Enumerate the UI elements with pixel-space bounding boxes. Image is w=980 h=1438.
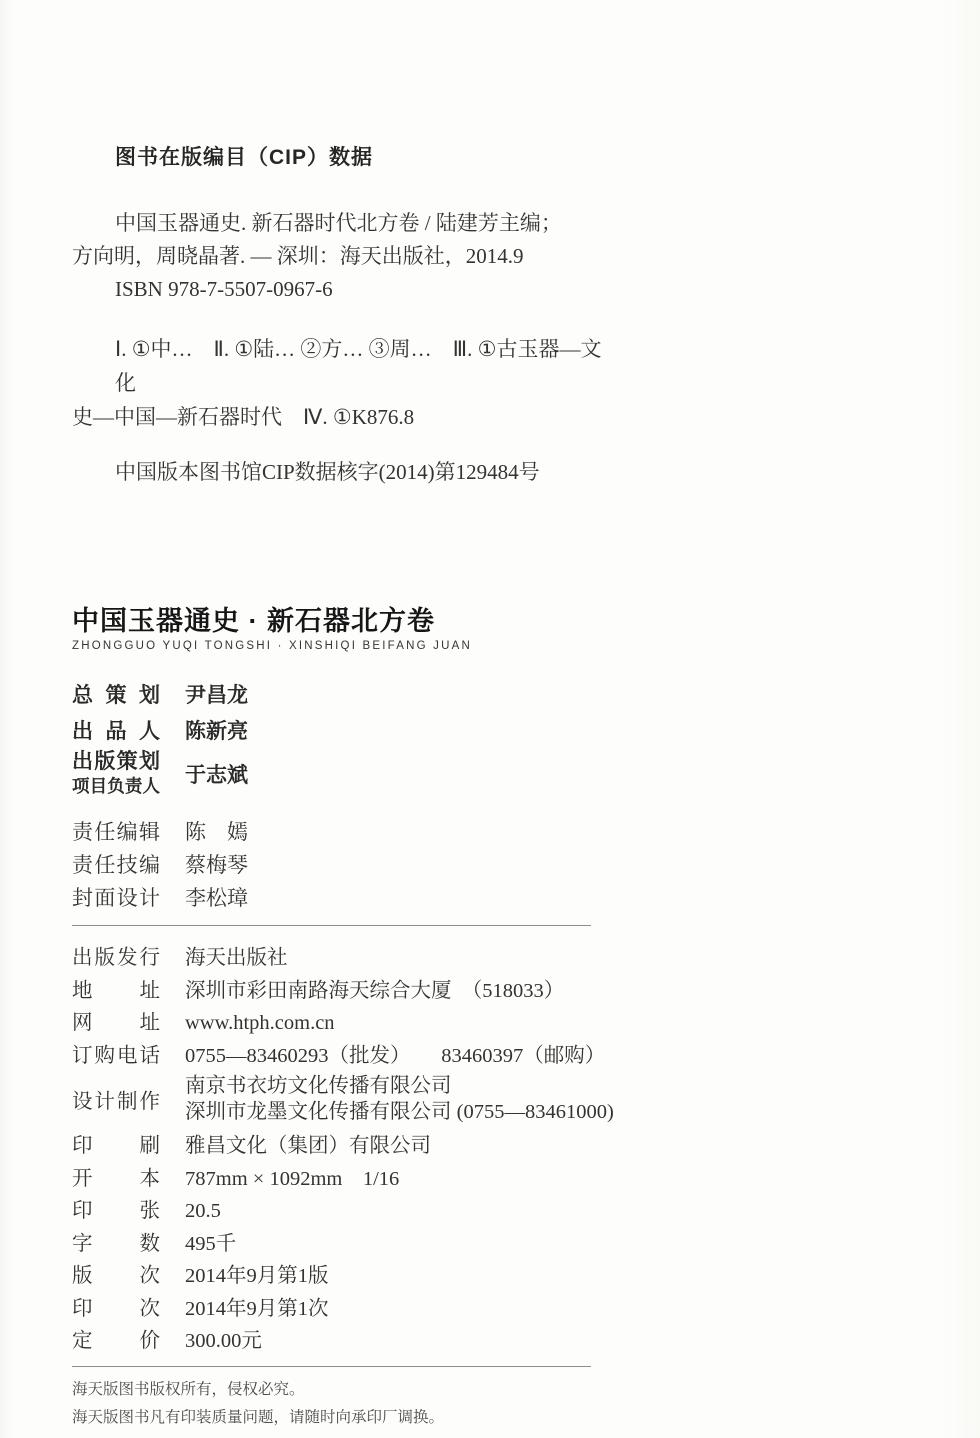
publication-details: 出版发行 海天出版社 地址 深圳市彩田南路海天综合大厦 （518033） 网址 … <box>72 940 612 1356</box>
book-title: 中国玉器通史 · 新石器北方卷 <box>72 606 612 636</box>
cip-bib-line2: 方向明，周晓晶著. — 深圳：海天出版社，2014.9 <box>72 240 612 273</box>
book-title-romanized: ZHONGGUO YUQI TONGSHI · XINSHIQI BEIFANG… <box>72 640 612 652</box>
credit-row: 出品人 陈新亮 <box>72 712 612 748</box>
publication-field-value: www.htph.com.cn <box>185 1012 335 1035</box>
publication-field-value: 海天出版社 <box>185 940 288 970</box>
page-content: 图书在版编目（CIP）数据 中国玉器通史. 新石器时代北方卷 / 陆建芳主编； … <box>72 0 612 1433</box>
publication-field-value: 2014年9月第1次 <box>185 1291 329 1321</box>
publication-field-label: 订购电话 <box>72 1038 160 1068</box>
publication-field-label: 地址 <box>72 973 160 1003</box>
credit-role-label: 总策划 <box>72 679 160 709</box>
publication-field-label: 出版发行 <box>72 940 160 970</box>
footer-notices: 海天版图书版权所有，侵权必究。 海天版图书凡有印装质量问题，请随时向承印厂调换。 <box>72 1376 612 1433</box>
print-quality-notice: 海天版图书凡有印装质量问题，请随时向承印厂调换。 <box>72 1404 612 1433</box>
credit-role-label: 责任编辑 <box>72 816 160 846</box>
publication-field-label: 开本 <box>72 1161 160 1191</box>
cip-class-line2: 史—中国—新石器时代 Ⅳ. ①K876.8 <box>72 400 612 434</box>
cip-bib-line1: 中国玉器通史. 新石器时代北方卷 / 陆建芳主编； <box>72 207 612 240</box>
cip-heading: 图书在版编目（CIP）数据 <box>72 141 612 171</box>
publication-field-value: 300.00元 <box>185 1323 262 1353</box>
publication-field-value: 787mm × 1092mm 1/16 <box>185 1161 399 1191</box>
publication-field-label: 印张 <box>72 1193 160 1223</box>
publication-field-label: 网址 <box>72 1005 160 1035</box>
credit-row: 出版策划 项目负责人 于志斌 <box>72 748 612 800</box>
credit-person-name: 蔡梅琴 <box>185 849 248 879</box>
publication-value-line1: 南京书衣坊文化传播有限公司 <box>185 1073 614 1099</box>
publication-row: 网址 www.htph.com.cn <box>72 1005 612 1038</box>
cip-record-number: 中国版本图书馆CIP数据核字(2014)第129484号 <box>72 456 612 486</box>
publication-field-label: 字数 <box>72 1226 160 1256</box>
cip-isbn: ISBN 978-7-5507-0967-6 <box>72 273 612 306</box>
publication-row: 定价 300.00元 <box>72 1323 612 1356</box>
publication-row: 版次 2014年9月第1版 <box>72 1258 612 1291</box>
credit-person-name: 尹昌龙 <box>185 679 248 709</box>
cip-classification: Ⅰ. ①中… Ⅱ. ①陆… ②方… ③周… Ⅲ. ①古玉器—文化 史—中国—新石… <box>72 332 612 434</box>
credit-role-label: 出品人 <box>72 715 160 745</box>
publication-field-value: 南京书衣坊文化传播有限公司 深圳市龙墨文化传播有限公司 (0755—834610… <box>185 1073 614 1125</box>
publication-row: 设计制作 南京书衣坊文化传播有限公司 深圳市龙墨文化传播有限公司 (0755—8… <box>72 1070 612 1128</box>
credit-person-name: 陈新亮 <box>185 715 248 745</box>
publication-field-label: 版次 <box>72 1258 160 1288</box>
credit-role-label-line2: 项目负责人 <box>72 774 160 798</box>
publication-row: 印张 20.5 <box>72 1193 612 1226</box>
publication-field-value: 雅昌文化（集团）有限公司 <box>185 1128 431 1158</box>
publication-field-label: 定价 <box>72 1323 160 1353</box>
publication-value-line2: 深圳市龙墨文化传播有限公司 (0755—83461000) <box>185 1099 614 1125</box>
cip-bibliographic-entry: 中国玉器通史. 新石器时代北方卷 / 陆建芳主编； 方向明，周晓晶著. — 深圳… <box>72 207 612 306</box>
publication-row: 订购电话 0755—83460293（批发） 83460397（邮购） <box>72 1038 612 1071</box>
publication-field-value: 2014年9月第1版 <box>185 1258 329 1288</box>
publication-field-label: 设计制作 <box>72 1084 160 1114</box>
credit-person-name: 于志斌 <box>185 759 248 789</box>
cip-class-line1: Ⅰ. ①中… Ⅱ. ①陆… ②方… ③周… Ⅲ. ①古玉器—文化 <box>72 332 612 400</box>
publication-field-value: 0755—83460293（批发） 83460397（邮购） <box>185 1038 605 1068</box>
credit-row: 责任编辑 陈 嫣 <box>72 814 612 847</box>
publication-field-label: 印次 <box>72 1291 160 1321</box>
publication-row: 印次 2014年9月第1次 <box>72 1291 612 1324</box>
credit-row: 封面设计 李松璋 <box>72 880 612 913</box>
credits-editorial: 责任编辑 陈 嫣 责任技编 蔡梅琴 封面设计 李松璋 <box>72 814 612 913</box>
publication-row: 字数 495千 <box>72 1226 612 1259</box>
publication-field-label: 印刷 <box>72 1128 160 1158</box>
publication-row: 开本 787mm × 1092mm 1/16 <box>72 1161 612 1194</box>
credit-role-label: 封面设计 <box>72 882 160 912</box>
publication-row: 印刷 雅昌文化（集团）有限公司 <box>72 1128 612 1161</box>
credit-row: 责任技编 蔡梅琴 <box>72 847 612 880</box>
credit-role-label: 责任技编 <box>72 849 160 879</box>
credits-primary: 总策划 尹昌龙 出品人 陈新亮 出版策划 项目负责人 于志斌 <box>72 676 612 800</box>
publication-row: 出版发行 海天出版社 <box>72 940 612 973</box>
credit-role-label: 出版策划 项目负责人 <box>72 748 160 800</box>
credit-row: 总策划 尹昌龙 <box>72 676 612 712</box>
divider <box>72 925 591 926</box>
credit-person-name: 陈 嫣 <box>185 816 248 846</box>
publication-field-value: 20.5 <box>185 1200 221 1223</box>
publication-field-value: 495千 <box>185 1226 236 1256</box>
publication-field-value: 深圳市彩田南路海天综合大厦 （518033） <box>185 973 564 1003</box>
divider <box>72 1366 591 1367</box>
copyright-notice: 海天版图书版权所有，侵权必究。 <box>72 1376 612 1405</box>
credit-person-name: 李松璋 <box>185 882 248 912</box>
credit-role-label-line1: 出版策划 <box>72 750 160 774</box>
colophon-page: 图书在版编目（CIP）数据 中国玉器通史. 新石器时代北方卷 / 陆建芳主编； … <box>0 0 980 1438</box>
publication-row: 地址 深圳市彩田南路海天综合大厦 （518033） <box>72 973 612 1006</box>
